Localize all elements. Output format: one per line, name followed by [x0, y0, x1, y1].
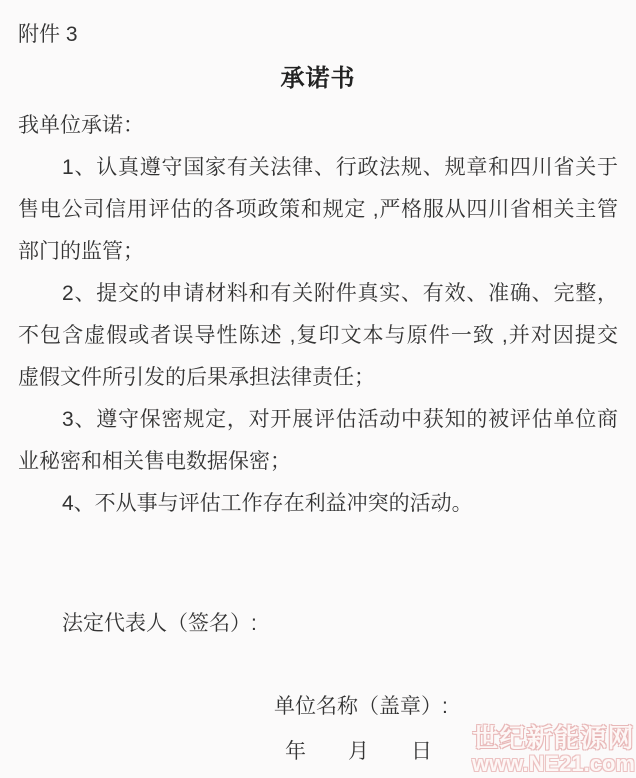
document-title: 承诺书 [18, 62, 618, 96]
body-line: 业秘密和相关售电数据保密； [18, 441, 618, 483]
body-line: 4、不从事与评估工作存在利益冲突的活动。 [18, 483, 618, 525]
attachment-label: 附件 3 [18, 0, 618, 48]
unit-name-seal-label: 单位名称（盖章）: [18, 686, 618, 728]
body-line: 售电公司信用评估的各项政策和规定 ,严格服从四川省相关主管 [18, 189, 618, 231]
body-line: 1、认真遵守国家有关法律、行政法规、规章和四川省关于 [18, 147, 618, 189]
body-line: 部门的监管； [18, 231, 618, 273]
body-line: 2、提交的申请材料和有关附件真实、有效、准确、完整， [18, 273, 618, 315]
legal-representative-signature-label: 法定代表人（签名）: [18, 603, 618, 645]
document-body: 我单位承诺：1、认真遵守国家有关法律、行政法规、规章和四川省关于售电公司信用评估… [18, 105, 618, 525]
body-line: 3、遵守保密规定，对开展评估活动中获知的被评估单位商 [18, 399, 618, 441]
body-line: 我单位承诺： [18, 105, 618, 147]
commitment-document: 附件 3 承诺书 我单位承诺：1、认真遵守国家有关法律、行政法规、规章和四川省关… [0, 0, 636, 778]
body-line: 虚假文件所引发的后果承担法律责任； [18, 357, 618, 399]
date-placeholder-line: 年 月 日 [18, 731, 618, 773]
body-line: 不包含虚假或者误导性陈述 ,复印文本与原件一致 ,并对因提交 [18, 315, 618, 357]
